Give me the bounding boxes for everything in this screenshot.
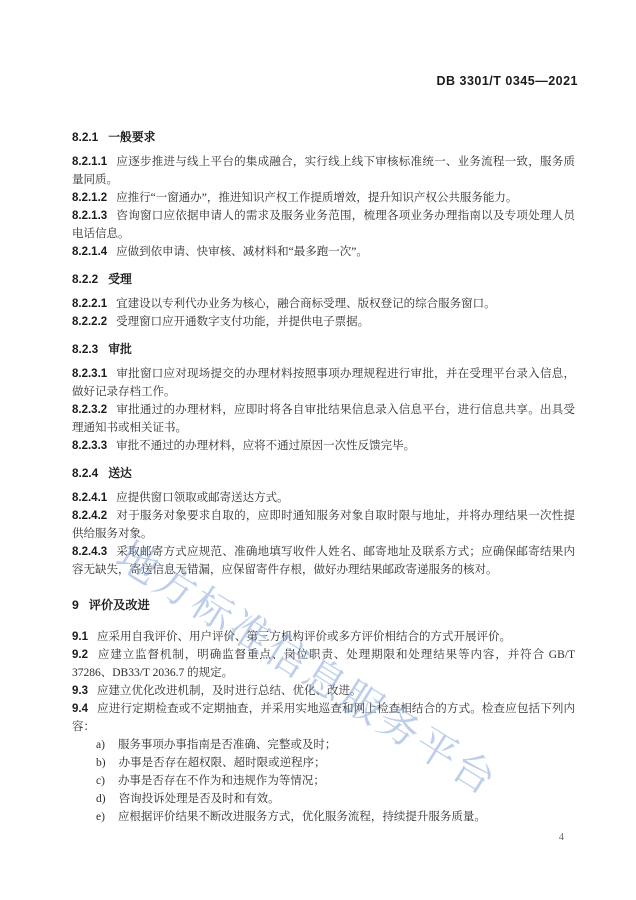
clause-9.2: 9.2应建立监督机制，明确监督重点、岗位职责、处理期限和处理结果等内容，并符合 … <box>72 646 575 682</box>
list-item-b: b)办事是否存在超权限、超时限或逆程序； <box>72 754 575 772</box>
clause-text: 应逐步推进与线上平台的集成融合，实行线上线下审核标准统一、业务流程一致，服务质量… <box>72 156 575 186</box>
clause-text: 送达 <box>108 466 132 480</box>
clause-text: 应建立优化改进机制，及时进行总结、优化、改进。 <box>97 685 362 697</box>
clause-text: 审批 <box>108 342 132 356</box>
clause-number: 9.4 <box>72 703 88 715</box>
clause-number: 8.2.1.4 <box>72 246 107 258</box>
clause-number: 8.2.1.1 <box>72 156 107 168</box>
clause-number: a) <box>96 739 105 751</box>
list-item-d: d)咨询投诉处理是否及时和有效。 <box>72 790 575 808</box>
clause-number: c) <box>96 775 105 787</box>
clause-number: e) <box>96 811 105 823</box>
clause-number: b) <box>96 757 106 769</box>
list-item-e: e)应根据评价结果不断改进服务方式，优化服务流程，持续提升服务质量。 <box>72 808 575 826</box>
list-item-c: c)办事是否存在不作为和违规作为等情况； <box>72 772 575 790</box>
clause-text: 应根据评价结果不断改进服务方式，优化服务流程，持续提升服务质量。 <box>118 811 486 823</box>
clause-text: 一般要求 <box>108 130 155 144</box>
document-page: DB 3301/T 0345—2021 8.2.1一般要求8.2.1.1应逐步推… <box>0 0 636 900</box>
clause-number: d) <box>96 793 106 805</box>
clause-number: 8.2.2.1 <box>72 298 107 310</box>
clause-number: 9.2 <box>72 649 88 661</box>
clause-8.2.4.1: 8.2.4.1应提供窗口领取或邮寄送达方式。 <box>72 489 575 507</box>
standard-code-header: DB 3301/T 0345—2021 <box>436 74 578 88</box>
clause-text: 应做到依申请、快审核、减材料和“最多跑一次”。 <box>116 246 368 258</box>
clause-text: 宜建设以专利代办业务为核心，融合商标受理、版权登记的综合服务窗口。 <box>116 298 496 310</box>
clause-number: 8.2.4.1 <box>72 492 107 504</box>
clause-8.2.3.2: 8.2.3.2审批通过的办理材料，应即时将各自审批结果信息录入信息平台，进行信息… <box>72 401 575 437</box>
document-body: 8.2.1一般要求8.2.1.1应逐步推进与线上平台的集成融合，实行线上线下审核… <box>72 128 575 826</box>
clause-text: 审批不通过的办理材料，应将不通过原因一次性反馈完毕。 <box>116 440 415 452</box>
clause-text: 服务事项办事指南是否准确、完整或及时； <box>118 739 337 751</box>
clause-number: 8.2.3 <box>72 342 98 356</box>
clause-8.2.4.3: 8.2.4.3采取邮寄方式应规范、准确地填写收件人姓名、邮寄地址及联系方式；应确… <box>72 543 575 579</box>
clause-8.2.1.2: 8.2.1.2应推行“一窗通办”，推进知识产权工作提质增效，提升知识产权公共服务… <box>72 189 575 207</box>
clause-text: 对于服务对象要求自取的，应即时通知服务对象自取时限与地址，并将办理结果一次性提供… <box>72 510 575 540</box>
clause-number: 8.2.1.2 <box>72 192 107 204</box>
clause-text: 应建立监督机制，明确监督重点、岗位职责、处理期限和处理结果等内容，并符合 GB/… <box>72 649 575 679</box>
subsection-heading-8.2.2: 8.2.2受理 <box>72 270 575 288</box>
clause-number: 9.1 <box>72 631 88 643</box>
clause-text: 咨询窗口应依据申请人的需求及服务业务范围，梳理各项业务办理指南以及专项处理人员电… <box>72 210 575 240</box>
clause-8.2.2.2: 8.2.2.2受理窗口应开通数字支付功能，并提供电子票据。 <box>72 313 575 331</box>
clause-number: 8.2.1 <box>72 130 98 144</box>
clause-9.1: 9.1应采用自我评价、用户评价、第三方机构评价或多方评价相结合的方式开展评价。 <box>72 628 575 646</box>
clause-number: 9 <box>72 598 79 612</box>
clause-number: 8.2.3.2 <box>72 404 107 416</box>
section-heading-9: 9评价及改进 <box>72 596 575 614</box>
clause-number: 8.2.2 <box>72 272 98 286</box>
clause-8.2.3.3: 8.2.3.3审批不通过的办理材料，应将不通过原因一次性反馈完毕。 <box>72 437 575 455</box>
clause-number: 9.3 <box>72 685 88 697</box>
clause-number: 8.2.2.2 <box>72 316 107 328</box>
clause-text: 采取邮寄方式应规范、准确地填写收件人姓名、邮寄地址及联系方式；应确保邮寄结果内容… <box>72 546 575 576</box>
clause-text: 评价及改进 <box>89 598 150 612</box>
clause-number: 8.2.3.3 <box>72 440 107 452</box>
clause-number: 8.2.3.1 <box>72 368 107 380</box>
clause-text: 应采用自我评价、用户评价、第三方机构评价或多方评价相结合的方式开展评价。 <box>97 631 511 643</box>
clause-number: 8.2.4.2 <box>72 510 107 522</box>
clause-text: 审批通过的办理材料，应即时将各自审批结果信息录入信息平台，进行信息共享。出具受理… <box>72 404 575 434</box>
clause-text: 咨询投诉处理是否及时和有效。 <box>119 793 280 805</box>
clause-text: 办事是否存在不作为和违规作为等情况； <box>118 775 325 787</box>
clause-text: 应推行“一窗通办”，推进知识产权工作提质增效，提升知识产权公共服务能力。 <box>116 192 517 204</box>
clause-number: 8.2.1.3 <box>72 210 107 222</box>
clause-text: 办事是否存在超权限、超时限或逆程序； <box>119 757 326 769</box>
list-item-a: a)服务事项办事指南是否准确、完整或及时； <box>72 736 575 754</box>
clause-text: 受理 <box>108 272 132 286</box>
clause-8.2.1.1: 8.2.1.1应逐步推进与线上平台的集成融合，实行线上线下审核标准统一、业务流程… <box>72 153 575 189</box>
page-number: 4 <box>559 832 564 843</box>
clause-8.2.4.2: 8.2.4.2对于服务对象要求自取的，应即时通知服务对象自取时限与地址，并将办理… <box>72 507 575 543</box>
clause-number: 8.2.4.3 <box>72 546 107 558</box>
clause-text: 受理窗口应开通数字支付功能，并提供电子票据。 <box>116 316 369 328</box>
clause-text: 应进行定期检查或不定期抽查，并采用实地巡查和网上检查相结合的方式。检查应包括下列… <box>72 703 575 733</box>
clause-text: 应提供窗口领取或邮寄送达方式。 <box>116 492 289 504</box>
clause-number: 8.2.4 <box>72 466 98 480</box>
subsection-heading-8.2.3: 8.2.3审批 <box>72 340 575 358</box>
clause-8.2.2.1: 8.2.2.1宜建设以专利代办业务为核心，融合商标受理、版权登记的综合服务窗口。 <box>72 295 575 313</box>
clause-9.4: 9.4应进行定期检查或不定期抽查，并采用实地巡查和网上检查相结合的方式。检查应包… <box>72 700 575 736</box>
clause-8.2.1.3: 8.2.1.3咨询窗口应依据申请人的需求及服务业务范围，梳理各项业务办理指南以及… <box>72 207 575 243</box>
subsection-heading-8.2.1: 8.2.1一般要求 <box>72 128 575 146</box>
clause-9.3: 9.3应建立优化改进机制，及时进行总结、优化、改进。 <box>72 682 575 700</box>
clause-8.2.3.1: 8.2.3.1审批窗口应对现场提交的办理材料按照事项办理规程进行审批，并在受理平… <box>72 365 575 401</box>
clause-text: 审批窗口应对现场提交的办理材料按照事项办理规程进行审批，并在受理平台录入信息，做… <box>72 368 575 398</box>
clause-8.2.1.4: 8.2.1.4应做到依申请、快审核、减材料和“最多跑一次”。 <box>72 243 575 261</box>
subsection-heading-8.2.4: 8.2.4送达 <box>72 464 575 482</box>
